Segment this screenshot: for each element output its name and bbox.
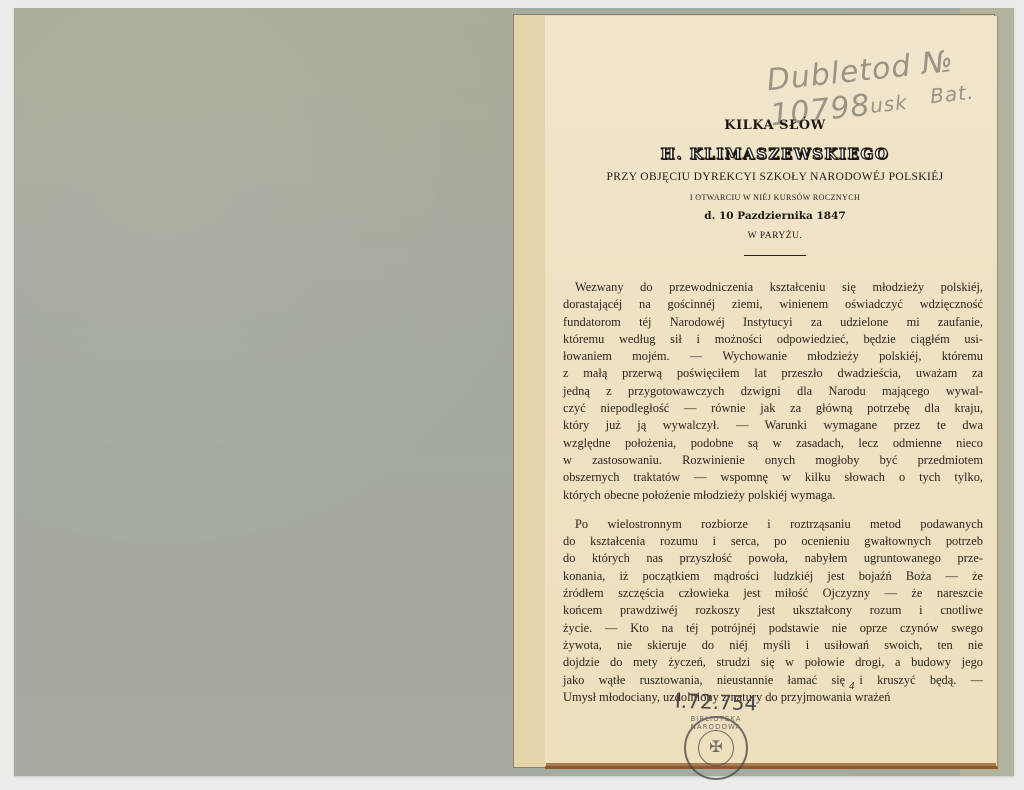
text-line: życie. — Kto na téj potrójnéj podstawie … [563, 620, 983, 637]
text-line: Po wielostronnym rozbiorze i roztrząsani… [563, 516, 983, 533]
text-line: w zastosowaniu. Rozwinienie onych mogłob… [563, 452, 983, 469]
text-line: jako wątłe rusztowania, nieustannie łama… [563, 672, 983, 689]
stamp-text: BIBLIOTEKA NARODOWA [686, 715, 746, 731]
text-line: do których nas przyszłość powoła, nabyłe… [563, 550, 983, 567]
library-shelfmark: I.72.754 [675, 689, 758, 716]
date-line: d. 10 Pazdziernika 1847 [560, 210, 990, 222]
text-line: których obecne położenie młodzieży polsk… [563, 487, 983, 504]
text-line: źródłem szczęścia człowieka jest miłość … [563, 585, 983, 602]
paragraph-2: Po wielostronnym rozbiorze i roztrząsani… [563, 516, 983, 706]
body-text: Wezwany do przewodniczenia kształceniu s… [563, 279, 983, 706]
title-divider [744, 255, 806, 256]
text-line: końcem prawdziwéj rozkoszy jest ukształc… [563, 602, 983, 619]
text-line: który już ją wywalczył. — Warunki wymaga… [563, 417, 983, 434]
handwritten-note-line2: usk [869, 90, 909, 118]
text-line: żywota, nie skieruje do niéj myśli i usi… [563, 637, 983, 654]
text-line: Wezwany do przewodniczenia kształceniu s… [563, 279, 983, 296]
page-edge-stain [546, 763, 996, 766]
paragraph-1: Wezwany do przewodniczenia kształceniu s… [563, 279, 983, 504]
text-line: czyć niepodległość — równie jak za główn… [563, 400, 983, 417]
text-line: fundatorom téj Narodowéj Instytucyi za u… [563, 314, 983, 331]
inside-cover-left [14, 8, 514, 776]
text-line: dojdzie do mety życzeń, strudzi się w po… [563, 654, 983, 671]
page-number: 4 [849, 680, 855, 692]
text-line: Umysł młodociany, uzdolniony z natury do… [563, 689, 983, 706]
title-line-1: KILKA SŁÓW [560, 118, 990, 133]
text-line: do kształcenia rozumu i serca, po ocenie… [563, 533, 983, 550]
text-line: z małą przerwą poświęciłem lat przeszło … [563, 365, 983, 382]
title-line-4: I OTWARCIU W NIÉJ KURSÓW ROCZNYCH [560, 193, 990, 202]
title-line-3: PRZY OBJĘCIU DYREKCYI SZKOŁY NARODOWÉJ P… [560, 171, 990, 183]
place-line: W PARYŻU. [560, 231, 990, 241]
title-block: KILKA SŁÓW H. KLIMASZEWSKIEGO PRZY OBJĘC… [560, 118, 990, 256]
text-line: łowaniem mojém. — Wychowanie młodzieży p… [563, 348, 983, 365]
text-line: obszernych traktatów — wspomnę w kilku s… [563, 469, 983, 486]
text-line: dorastającéj na gościnnéj ziemi, winiene… [563, 296, 983, 313]
text-line: jedną z przygotowawczych dzwigni dla Nar… [563, 383, 983, 400]
text-line: konania, iż początkiem mądrości ludzkiéj… [563, 568, 983, 585]
text-line: któremu według sił i możności odpowiedzi… [563, 331, 983, 348]
library-stamp: BIBLIOTEKA NARODOWA ✠ [684, 716, 748, 780]
text-line: względne położenia, podobne są w zasadac… [563, 435, 983, 452]
eagle-icon: ✠ [698, 730, 734, 766]
author-name: H. KLIMASZEWSKIEGO [560, 145, 990, 163]
handwritten-note-line3: Bat. [929, 80, 975, 108]
